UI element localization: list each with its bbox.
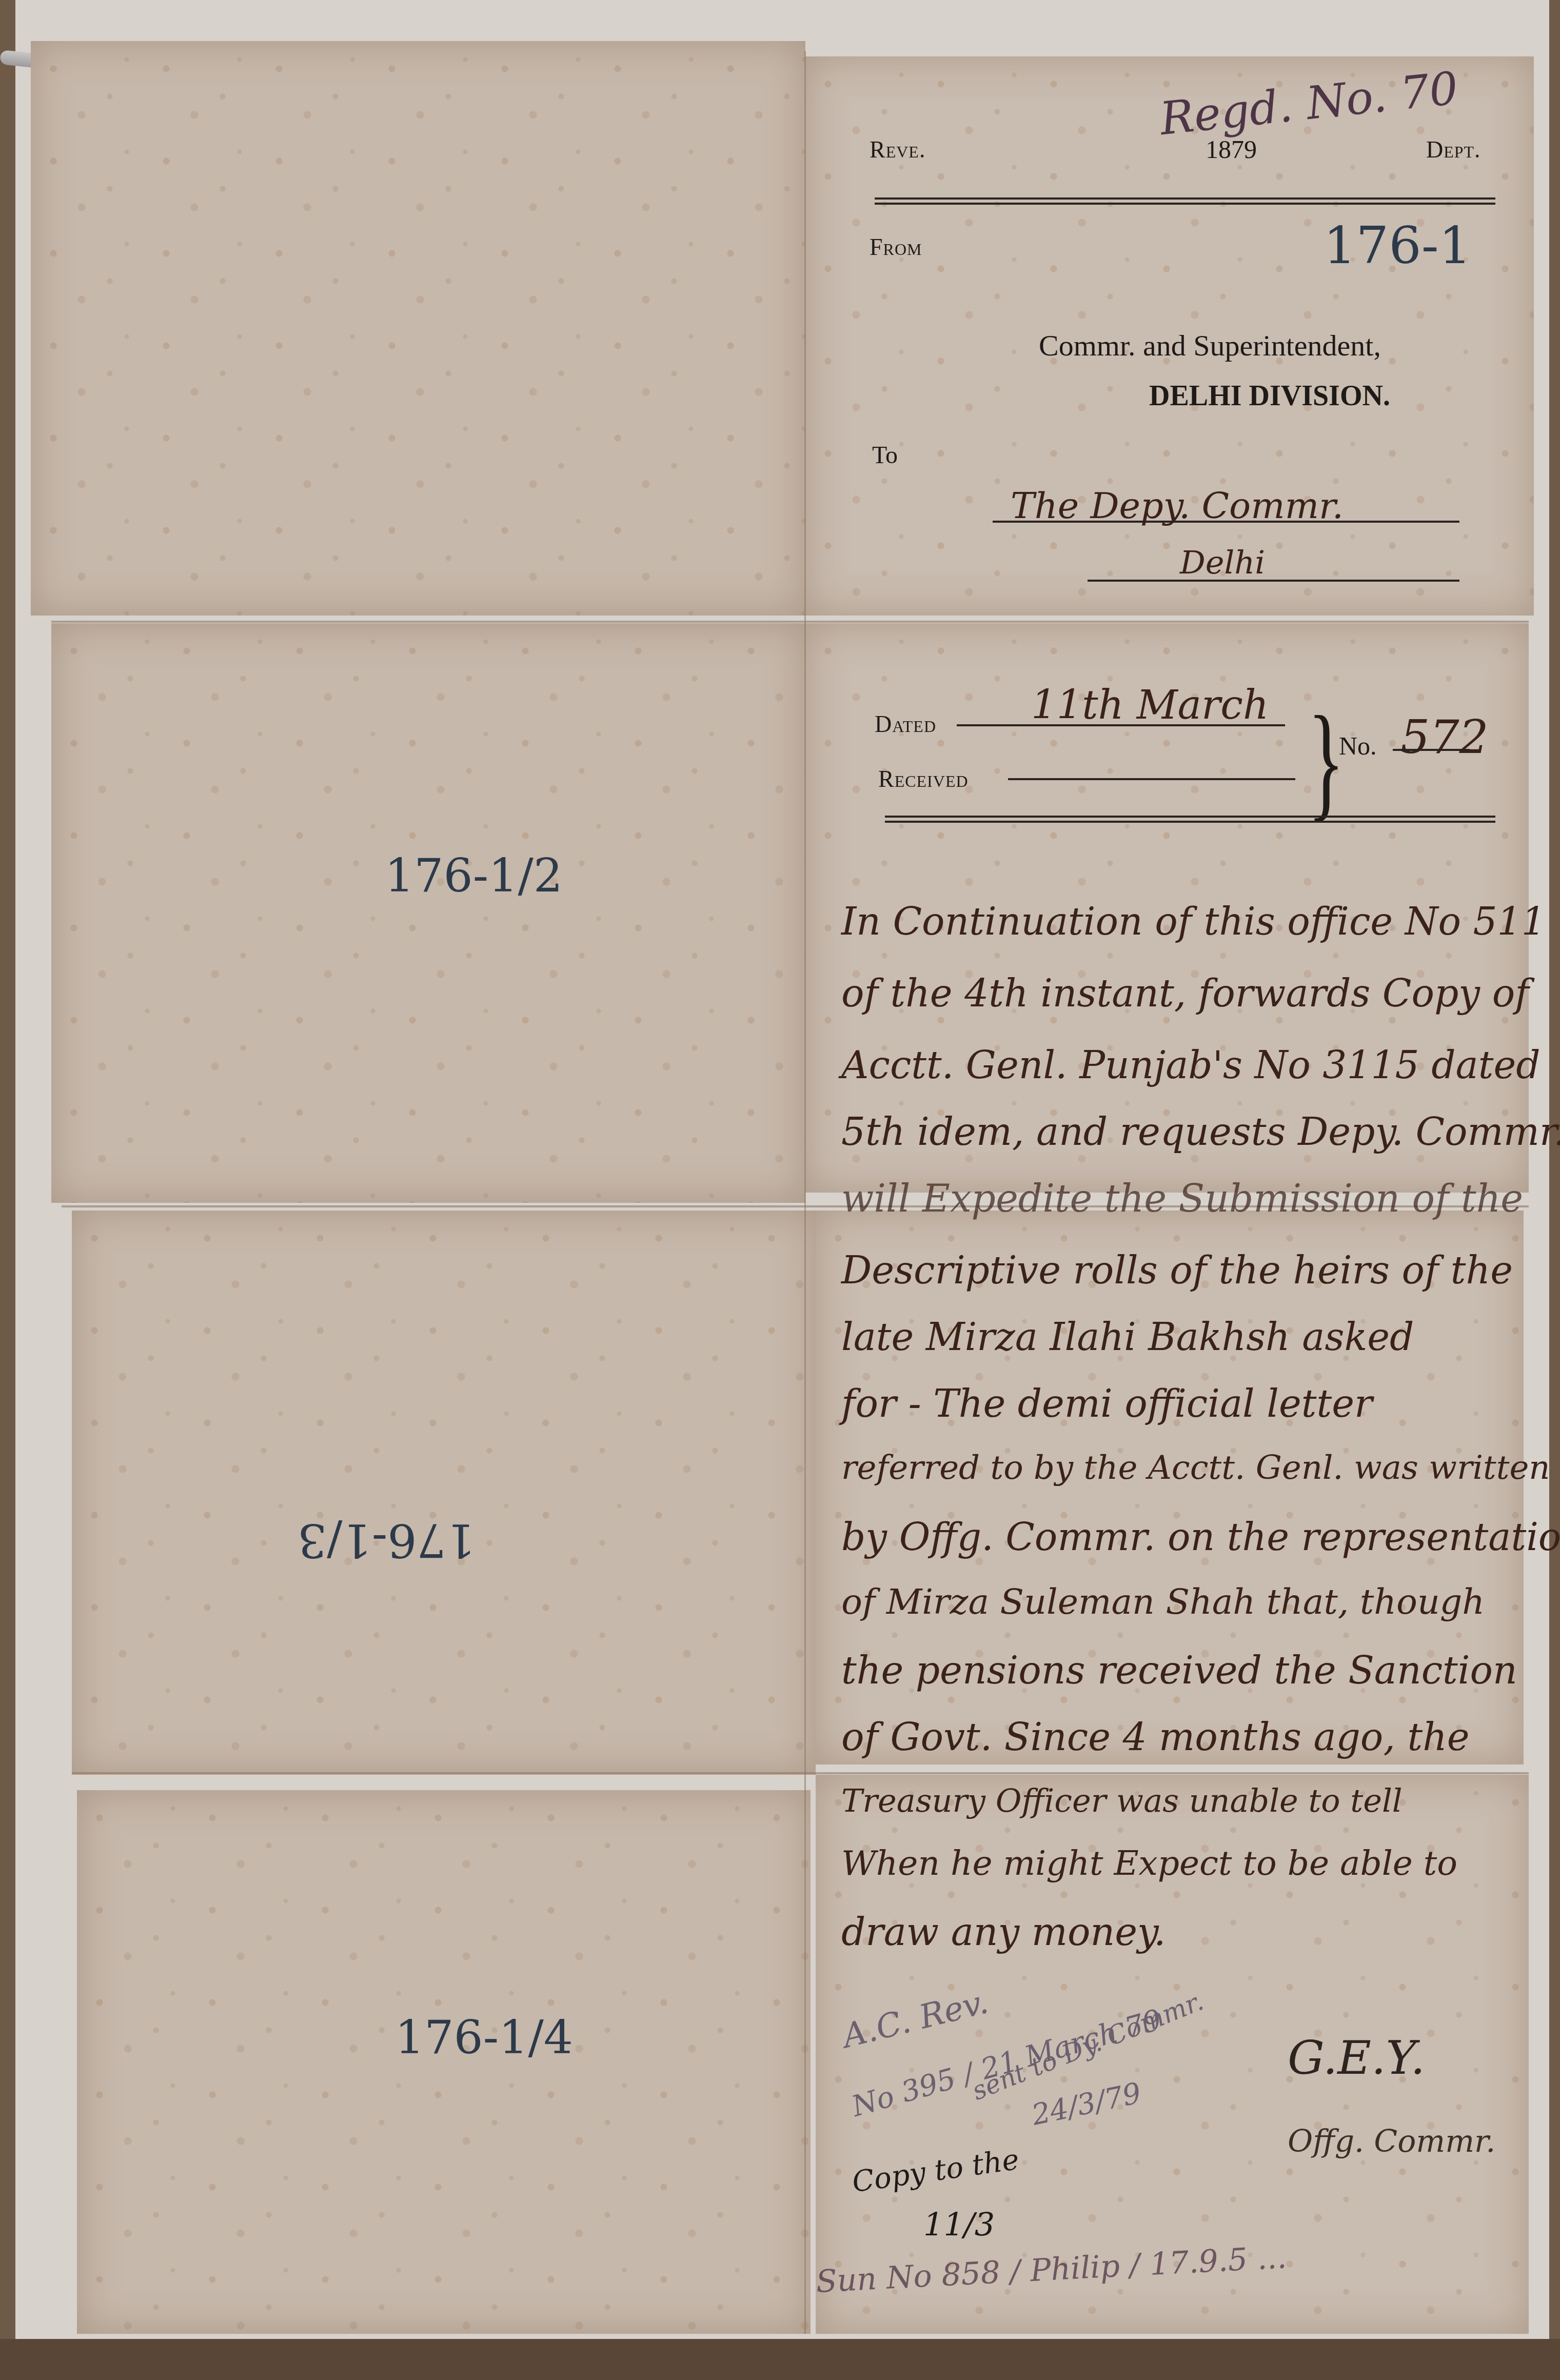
body-line-14: Treasury Officer was unable to tell (841, 1785, 1403, 1817)
folio-mark-panel-3: 176-1/3 (298, 1513, 476, 1567)
folio-mark-panel-1: 176-1 (1324, 215, 1471, 275)
folio-mark-panel-2: 176-1/2 (385, 849, 563, 903)
to-label: To (872, 441, 898, 469)
recipient-line-1 (993, 521, 1459, 523)
left-panel-2: 176-1/2 (51, 623, 805, 1203)
left-panel-1 (31, 41, 805, 616)
left-panel-4: 176-1/4 (77, 1790, 811, 2334)
signature-title: Offg. Commr. (1288, 2124, 1495, 2159)
body-line-12: the pensions received the Sanction (841, 1652, 1517, 1690)
body-line-5: will Expedite the Submission of the (841, 1180, 1523, 1218)
sender-division: DELHI DIVISION. (1149, 380, 1390, 412)
sender-title: Commr. and Superintendent, (1039, 328, 1381, 363)
body-line-4: 5th idem, and requests Depy. Commr. (841, 1113, 1560, 1151)
signature-initials: G.E.Y. (1288, 2031, 1425, 2085)
department-suffix: Dept. (1426, 136, 1481, 163)
body-separator-rule (885, 816, 1495, 823)
body-line-16: draw any money. (841, 1913, 1166, 1951)
number-label: No. (1339, 731, 1377, 761)
number-value: 572 (1400, 710, 1489, 764)
recipient-place: Delhi (1180, 544, 1265, 581)
dated-value: 11th March (1031, 682, 1269, 728)
vertical-fold (804, 51, 806, 2334)
background-surface (0, 2339, 1560, 2380)
body-line-10: by Offg. Commr. on the representation (841, 1518, 1560, 1556)
brace: } (1308, 698, 1345, 826)
recipient-line-2 (1088, 580, 1459, 582)
body-line-8: for - The demi official letter (841, 1385, 1372, 1423)
body-line-11: of Mirza Suleman Shah that, though (841, 1585, 1485, 1620)
department-prefix: Reve. (870, 136, 925, 163)
header-rule (875, 197, 1495, 205)
body-line-15: When he might Expect to be able to (841, 1847, 1457, 1880)
body-line-1: In Continuation of this office No 511 (841, 903, 1546, 941)
dated-line (957, 724, 1285, 726)
body-line-7: late Mirza Ilahi Bakhsh asked (841, 1318, 1414, 1356)
horizontal-fold-3 (72, 1772, 1529, 1774)
copy-date: 11/3 (923, 2206, 995, 2243)
left-panel-3: 176-1/3 (72, 1211, 816, 1775)
dated-label: Dated (875, 710, 936, 738)
horizontal-fold-1 (51, 621, 1529, 623)
number-line (1393, 749, 1470, 751)
body-line-9: referred to by the Acctt. Genl. was writ… (841, 1452, 1550, 1484)
body-line-13: of Govt. Since 4 months ago, the (841, 1718, 1470, 1756)
received-line (1008, 778, 1295, 780)
body-line-2: of the 4th instant, forwards Copy of (841, 975, 1529, 1013)
body-line-3: Acctt. Genl. Punjab's No 3115 dated (841, 1046, 1541, 1084)
received-label: Received (878, 765, 969, 792)
folio-mark-panel-4: 176-1/4 (395, 2011, 573, 2065)
body-line-6: Descriptive rolls of the heirs of the (841, 1252, 1513, 1290)
from-label: From (870, 233, 922, 261)
